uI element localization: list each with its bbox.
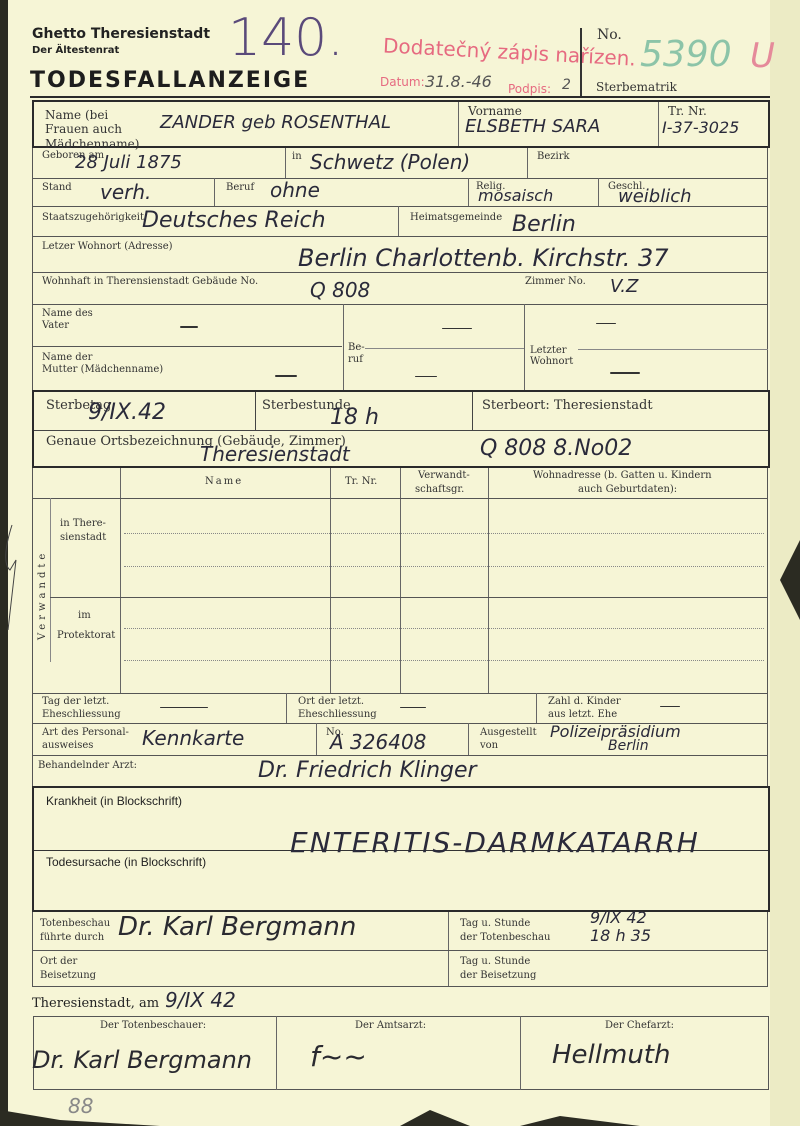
wohnort-value: Berlin Charlottenb. Kirchstr. 37 [298,244,669,272]
divider [276,1016,277,1090]
registry-mark: U [750,36,775,76]
marriage-place-label-1: Ort der letzt. [298,696,364,708]
dotted-line [124,628,764,629]
sig3-label: Der Chefarzt: [605,1020,674,1032]
inspection-time-value-1: 9/IX 42 [590,908,647,927]
vater-label-2: Vater [42,320,69,332]
issued-value-2: Berlin [608,738,649,754]
col-rule [50,498,51,662]
left-rule [32,468,33,694]
row-rule [32,755,768,756]
marriage-date-label-2: Eheschliessung [42,709,121,721]
id-type-label-1: Art des Personal- [42,727,129,739]
doctor-label: Behandelnder Arzt: [38,760,137,772]
row-protektorat-label-1: im [78,610,91,622]
beruf2-label-1: Be- [348,342,365,354]
divider [398,206,399,236]
beruf-mutter-dash [415,376,437,377]
row-rule [50,597,768,598]
row-rule [32,178,768,179]
divider [286,693,287,723]
left-rule [32,148,33,390]
divider [520,1016,521,1090]
row-rule [32,986,768,987]
sig2-label: Der Amtsarzt: [355,1020,426,1032]
bezirk-label: Bezirk [537,151,570,163]
col-adr-header-1: Wohnadresse (b. Gatten u. Kindern [533,470,712,482]
col-trnr-header: Tr. Nr. [345,476,377,488]
registry-number: 5390 [640,34,732,75]
burial-place-label-1: Ort der [40,956,77,968]
in-label: in [292,151,302,163]
doctor-value: Dr. Friedrich Klinger [258,758,477,783]
registry-label: Sterbematrik [596,80,677,94]
stand-value: verh. [100,180,151,204]
beruf2-label-2: ruf [348,354,363,366]
no-label: No. [597,27,622,44]
inspection-signature: Dr. Karl Bergmann [118,912,356,942]
divider [285,148,286,178]
margin-scribble-icon [0,520,20,640]
stand-label: Stand [42,182,72,194]
place-date-label: Theresienstadt, am [32,996,159,1011]
name-label-text: Name (bei Frauen auch Mädchenname) [45,108,155,151]
row-rule [32,206,768,207]
row-rule [32,498,768,499]
marriage-date-label-1: Tag der letzt. [42,696,109,708]
row-rule [34,430,768,431]
org-name: Ghetto Theresienstadt [32,26,210,42]
wohnort-label: Letzer Wohnort (Adresse) [42,241,173,253]
name-value: ZANDER geb ROSENTHAL [160,112,391,133]
id-type-value: Kennkarte [142,726,244,750]
mutter-label-1: Name der [42,352,92,364]
row-theresienstadt-label-1: in There- [60,518,106,530]
form-title: TODESFALLANZEIGE [30,68,310,93]
geboren-value: 28 Juli 1875 [75,152,182,173]
mutter-label-2: Mutter (Mädchenname) [42,364,163,376]
divider [536,693,537,723]
place-date-value: 9/IX 42 [165,988,236,1012]
torn-edge-icon [0,1090,800,1126]
name-label: Name (bei Frauen auch Mädchenname) [45,108,155,151]
ortsbez-value-2: Q 808 8.No02 [480,436,632,461]
ortsbez-value-1: Theresienstadt [200,442,350,466]
inspection-time-label-2: der Totenbeschau [460,932,550,944]
col-verw-header-2: schaftsgr. [415,484,464,496]
stamp-sign-value: 2 [562,77,571,93]
row-rule [32,304,768,305]
sig3-value: Hellmuth [552,1040,670,1070]
stamp-date-label: Datum: [380,75,425,89]
mutter-dash [275,375,297,377]
marriage-date-dash [160,707,208,708]
zimmer-label: Zimmer No. [525,276,586,288]
inspection-time-label-1: Tag u. Stunde [460,918,530,930]
zimmer-value: V.Z [610,276,638,297]
trnr-label: Tr. Nr. [668,104,707,118]
header-rule [30,96,770,98]
marriage-place-dash [400,707,426,708]
divider [255,392,256,430]
dotted-line [124,533,764,534]
vorname-value: ELSBETH SARA [465,116,600,137]
relatives-side-label: Verwandte [37,550,49,640]
letzter-label-2: Wohnort [530,356,573,368]
divider [458,102,459,146]
left-rule [32,912,33,986]
children-label-1: Zahl d. Kinder [548,696,621,708]
right-rule [767,468,768,694]
divider [468,178,469,206]
children-label-2: aus letzt. Ehe [548,709,617,721]
beruf-label: Beruf [226,182,254,194]
letzter-mutter-dash [610,372,640,374]
trnr-value: I-37-3025 [662,118,739,137]
handwritten-number: 140. [228,8,344,68]
divider [524,304,525,390]
col-rule [120,468,121,694]
dotted-line [124,566,764,567]
header-divider [580,28,582,98]
torn-edge-icon [770,540,800,620]
row-protektorat-label-2: Protektorat [57,630,115,642]
vater-dash [180,326,198,328]
id-no-value: A 326408 [330,730,426,754]
right-rule [767,912,768,986]
illness-label: Krankheit (in Blockschrift) [46,794,182,808]
staats-value: Deutsches Reich [142,208,326,233]
divider [658,102,659,146]
divider [472,392,473,430]
divider [448,912,449,986]
row-rule [32,346,342,347]
issued-label-2: von [480,740,498,752]
inspection-time-value-2: 18 h 35 [590,926,651,945]
divider [527,148,528,178]
row-rule [32,272,768,273]
sterbetag-value: 9/IX.42 [88,400,166,425]
council-name: Der Ältestenrat [32,45,119,56]
col-name-header: Name [205,476,243,488]
dotted-line [124,660,764,661]
col-adr-header-2: auch Geburtdaten): [578,484,677,496]
heimat-label: Heimatsgemeinde [410,212,502,224]
divider [214,178,215,206]
sterbeort-label: Sterbeort: Theresienstadt [482,398,653,414]
beruf-value: ohne [270,178,320,202]
row-rule [32,693,768,694]
geschl-value: weiblich [618,186,692,207]
col-verw-header-1: Verwandt- [418,470,470,482]
inspection-label-2: führte durch [40,932,104,944]
row-theresienstadt-label-2: sienstadt [60,532,106,544]
children-dash [660,706,680,707]
inspection-label-1: Totenbeschau [40,918,110,930]
sig2-value: f~~ [310,1040,367,1073]
divider [316,723,317,755]
right-rule [767,148,768,390]
staats-label: Staatszugehörigkeit [42,212,144,224]
divider [468,723,469,755]
sig1-label: Der Totenbeschauer: [100,1020,206,1032]
vater-label-1: Name des [42,308,93,320]
marriage-place-label-2: Eheschliessung [298,709,377,721]
row-rule [578,349,768,350]
burial-place-label-2: Beisetzung [40,970,96,982]
row-rule [365,348,525,349]
row-rule [32,950,768,951]
left-rule [32,693,33,788]
wohnhaft-label: Wohnhaft in Therensienstadt Gebäude No. [42,276,258,288]
stamp-date-value: 31.8.-46 [425,72,492,91]
id-type-label-2: ausweises [42,740,93,752]
row-rule [32,236,768,237]
burial-time-label-2: der Beisetzung [460,970,536,982]
stamp-sign-label: Podpis: [508,82,551,96]
cause-value: ENTERITIS-DARMKATARRH [290,826,700,859]
divider [598,178,599,206]
sterbestunde-value: 18 h [330,405,379,430]
burial-time-label-1: Tag u. Stunde [460,956,530,968]
divider [343,304,344,390]
cause-label: Todesursache (in Blockschrift) [46,855,206,869]
issued-label-1: Ausgestellt [480,727,537,739]
in-value: Schwetz (Polen) [310,150,470,174]
heimat-value: Berlin [512,212,576,237]
relig-value: mosaisch [478,186,553,205]
wohnhaft-value: Q 808 [310,278,370,302]
right-rule [767,693,768,788]
beruf-vater-dash [442,328,472,329]
letzter-vater-dash [596,323,616,324]
sig1-value: Dr. Karl Bergmann [32,1046,252,1074]
